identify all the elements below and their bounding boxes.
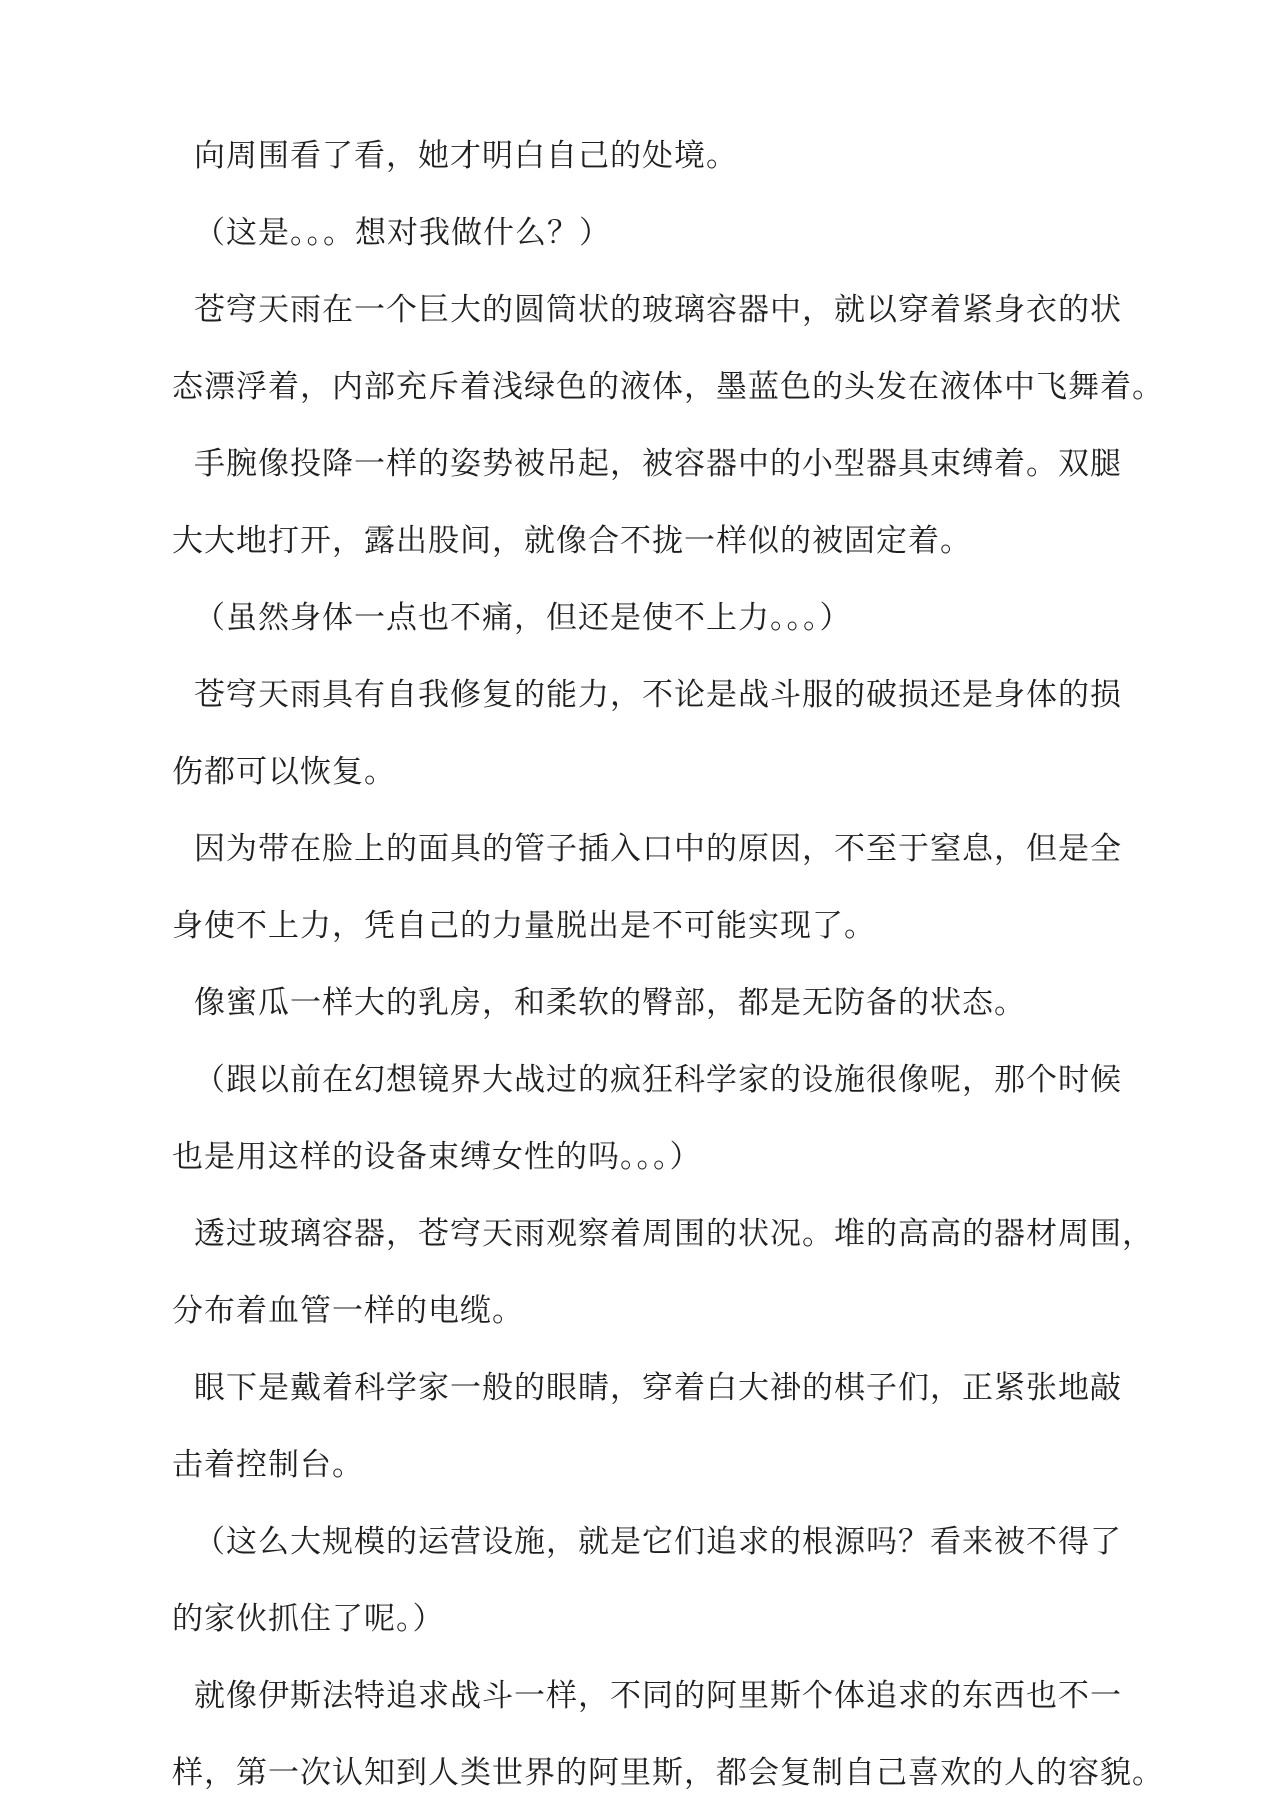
text-line: 苍穹天雨具有自我修复的能力，不论是战斗服的破损还是身体的损 — [172, 656, 1112, 733]
text-line: 眼下是戴着科学家一般的眼睛，穿着白大褂的棋子们，正紧张地敲 — [172, 1349, 1112, 1426]
paragraph: 苍穹天雨在一个巨大的圆筒状的玻璃容器中，就以穿着紧身衣的状态漂浮着，内部充斥着浅… — [172, 271, 1112, 425]
text-line: 也是用这样的设备束缚女性的吗。。。） — [172, 1118, 1112, 1195]
paragraph: 手腕像投降一样的姿势被吊起，被容器中的小型器具束缚着。双腿大大地打开，露出股间，… — [172, 425, 1112, 579]
paragraph: （虽然身体一点也不痛，但还是使不上力。。。） — [172, 579, 1112, 656]
text-line: 样，第一次认知到人类世界的阿里斯，都会复制自己喜欢的人的容貌。 — [172, 1734, 1112, 1810]
paragraph: （跟以前在幻想镜界大战过的疯狂科学家的设施很像呢，那个时候也是用这样的设备束缚女… — [172, 1041, 1112, 1195]
document-page: 向周围看了看，她才明白自己的处境。（这是。。。想对我做什么？）苍穹天雨在一个巨大… — [0, 0, 1280, 1810]
text-line: （这是。。。想对我做什么？） — [172, 194, 1112, 271]
text-line: 击着控制台。 — [172, 1426, 1112, 1503]
paragraph: 透过玻璃容器，苍穹天雨观察着周围的状况。堆的高高的器材周围，分布着血管一样的电缆… — [172, 1195, 1112, 1349]
text-line: 苍穹天雨在一个巨大的圆筒状的玻璃容器中，就以穿着紧身衣的状 — [172, 271, 1112, 348]
text-line: 像蜜瓜一样大的乳房，和柔软的臀部，都是无防备的状态。 — [172, 964, 1112, 1041]
text-line: 分布着血管一样的电缆。 — [172, 1272, 1112, 1349]
paragraph: 因为带在脸上的面具的管子插入口中的原因，不至于窒息，但是全身使不上力，凭自己的力… — [172, 810, 1112, 964]
paragraph: （这么大规模的运营设施，就是它们追求的根源吗？看来被不得了的家伙抓住了呢。） — [172, 1503, 1112, 1657]
paragraph: 眼下是戴着科学家一般的眼睛，穿着白大褂的棋子们，正紧张地敲击着控制台。 — [172, 1349, 1112, 1503]
paragraph: 像蜜瓜一样大的乳房，和柔软的臀部，都是无防备的状态。 — [172, 964, 1112, 1041]
text-line: 大大地打开，露出股间，就像合不拢一样似的被固定着。 — [172, 502, 1112, 579]
text-line: 就像伊斯法特追求战斗一样，不同的阿里斯个体追求的东西也不一 — [172, 1657, 1112, 1734]
paragraph: 就像伊斯法特追求战斗一样，不同的阿里斯个体追求的东西也不一样，第一次认知到人类世… — [172, 1657, 1112, 1810]
text-line: （这么大规模的运营设施，就是它们追求的根源吗？看来被不得了 — [172, 1503, 1112, 1580]
paragraph: 苍穹天雨具有自我修复的能力，不论是战斗服的破损还是身体的损伤都可以恢复。 — [172, 656, 1112, 810]
text-line: 因为带在脸上的面具的管子插入口中的原因，不至于窒息，但是全 — [172, 810, 1112, 887]
text-line: （虽然身体一点也不痛，但还是使不上力。。。） — [172, 579, 1112, 656]
text-line: 身使不上力，凭自己的力量脱出是不可能实现了。 — [172, 887, 1112, 964]
text-line: 伤都可以恢复。 — [172, 733, 1112, 810]
text-line: 透过玻璃容器，苍穹天雨观察着周围的状况。堆的高高的器材周围， — [172, 1195, 1112, 1272]
text-line: 态漂浮着，内部充斥着浅绿色的液体，墨蓝色的头发在液体中飞舞着。 — [172, 348, 1112, 425]
paragraph: （这是。。。想对我做什么？） — [172, 194, 1112, 271]
text-line: 手腕像投降一样的姿势被吊起，被容器中的小型器具束缚着。双腿 — [172, 425, 1112, 502]
document-text: 向周围看了看，她才明白自己的处境。（这是。。。想对我做什么？）苍穹天雨在一个巨大… — [172, 117, 1112, 1810]
text-line: （跟以前在幻想镜界大战过的疯狂科学家的设施很像呢，那个时候 — [172, 1041, 1112, 1118]
text-line: 向周围看了看，她才明白自己的处境。 — [172, 117, 1112, 194]
paragraph: 向周围看了看，她才明白自己的处境。 — [172, 117, 1112, 194]
text-line: 的家伙抓住了呢。） — [172, 1580, 1112, 1657]
